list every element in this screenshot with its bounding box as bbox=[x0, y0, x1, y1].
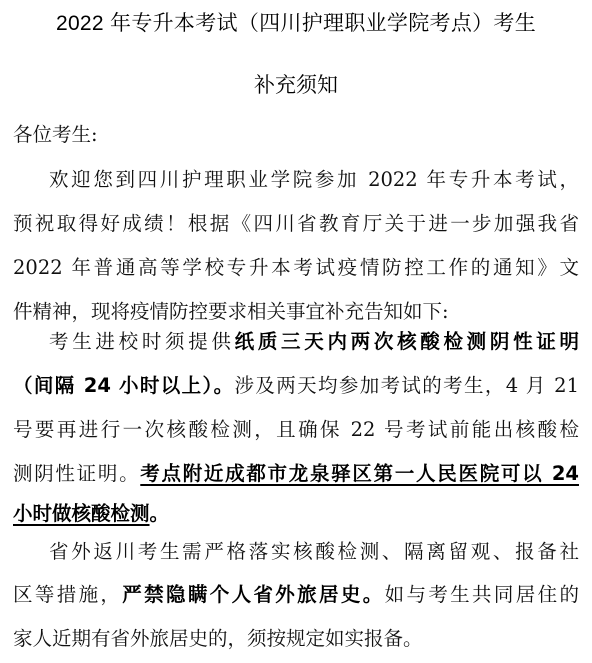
text-bold-underline: 小时做核酸检测 bbox=[13, 502, 150, 525]
text-bold: 严禁隐瞒个人省外旅居史。 bbox=[122, 583, 384, 606]
text-normal: 测阴性证明。 bbox=[13, 462, 140, 485]
text-bold: 。 bbox=[150, 502, 170, 525]
document-title-line2: 补充须知 bbox=[0, 70, 592, 102]
text-bold: （间隔 24 小时以上）。 bbox=[13, 374, 235, 397]
paragraph-line: 省外返川考生需严格落实核酸检测、隔离留观、报备社 bbox=[13, 537, 579, 567]
paragraph-line: 考生进校时须提供纸质三天内两次核酸检测阴性证明 bbox=[13, 327, 579, 357]
text-normal: 区等措施， bbox=[13, 583, 122, 606]
paragraph-line: 件精神，现将疫情防控要求相关事宜补充告知如下: bbox=[13, 297, 579, 327]
paragraph-line: 号要再进行一次核酸检测，且确保 22 号考试前能出核酸检 bbox=[13, 415, 579, 445]
paragraph-line: 区等措施，严禁隐瞒个人省外旅居史。如与考生共同居住的 bbox=[13, 580, 579, 610]
text-normal: 涉及两天均参加考试的考生，4 月 21 bbox=[235, 374, 580, 397]
text-normal: 如与考生共同居住的 bbox=[385, 583, 579, 606]
paragraph-line: 欢迎您到四川护理职业学院参加 2022 年专升本考试， bbox=[13, 165, 579, 195]
paragraph-line: 小时做核酸检测。 bbox=[13, 499, 579, 529]
text-bold-underline: 考点附近成都市龙泉驿区第一人民医院可以 24 bbox=[140, 462, 579, 485]
paragraph-line: 2022 年普通高等学校专升本考试疫情防控工作的通知》文 bbox=[13, 253, 579, 283]
text-bold: 纸质三天内两次核酸检测阴性证明 bbox=[235, 330, 579, 353]
text-normal: 考生进校时须提供 bbox=[49, 330, 235, 353]
paragraph-line: 家人近期有省外旅居史的，须按规定如实报备。 bbox=[13, 624, 579, 654]
salutation: 各位考生: bbox=[13, 120, 579, 150]
document-title-line1: 2022 年专升本考试（四川护理职业学院考点）考生 bbox=[0, 8, 592, 40]
paragraph-line: 测阴性证明。考点附近成都市龙泉驿区第一人民医院可以 24 bbox=[13, 459, 579, 489]
paragraph-line: 预祝取得好成绩！根据《四川省教育厅关于进一步加强我省 bbox=[13, 209, 579, 239]
paragraph-line: （间隔 24 小时以上）。涉及两天均参加考试的考生，4 月 21 bbox=[13, 371, 579, 401]
